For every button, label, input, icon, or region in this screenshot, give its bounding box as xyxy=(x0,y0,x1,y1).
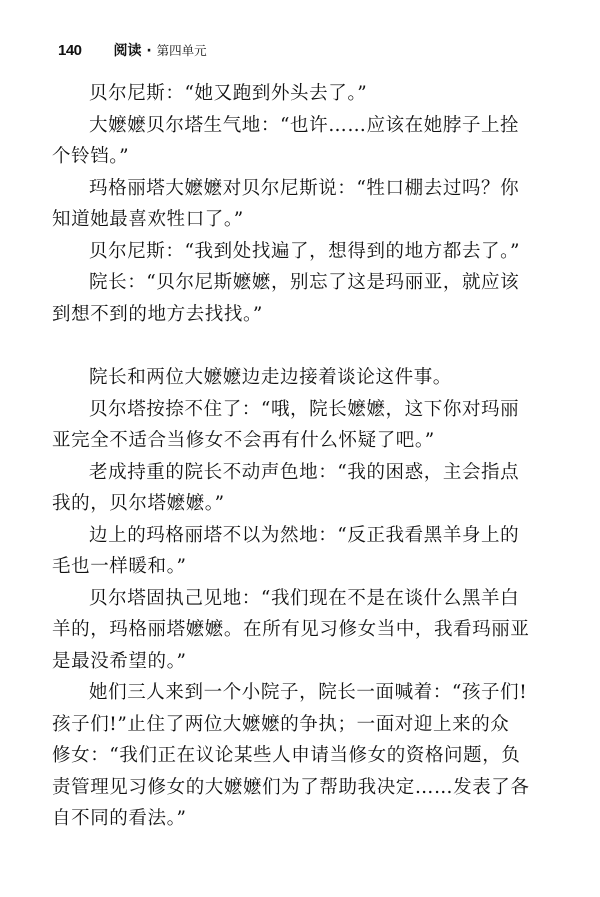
paragraph-line: 是最没希望的。” xyxy=(52,648,564,676)
paragraph-first-line: 院长和两位大嬷嬷边走边接着谈论这件事。 xyxy=(89,364,564,392)
paragraph-first-line: 贝尔塔固执己见地：“我们现在不是在谈什么黑羊白 xyxy=(89,585,564,613)
paragraph-first-line: 贝尔塔按捺不住了：“哦，院长嬷嬷，这下你对玛丽 xyxy=(89,396,564,424)
paragraph-line: 到想不到的地方去找找。” xyxy=(52,301,564,329)
paragraph-first-line: 院长：“贝尔尼斯嬷嬷，别忘了这是玛丽亚，就应该 xyxy=(89,269,564,297)
paragraph-line: 修女：“我们正在议论某些人申请当修女的资格问题，负 xyxy=(52,742,564,770)
paragraph-first-line: 贝尔尼斯：“我到处找遍了，想得到的地方都去了。” xyxy=(89,238,564,266)
running-head: 阅读 · 第四单元 xyxy=(114,40,207,60)
paragraph-line: 自不同的看法。” xyxy=(52,805,564,833)
paragraph-line: 孩子们!”止住了两位大嬷嬷的争执；一面对迎上来的众 xyxy=(52,711,564,739)
paragraph-first-line: 大嬷嬷贝尔塔生气地：“也许……应该在她脖子上拴 xyxy=(89,112,564,140)
paragraph-line: 个铃铛。” xyxy=(52,143,564,171)
section-title: 阅读 xyxy=(114,43,142,59)
paragraph-line: 毛也一样暖和。” xyxy=(52,553,564,581)
separator-dot: · xyxy=(142,43,157,59)
paragraph-first-line: 玛格丽塔大嬷嬷对贝尔尼斯说：“牲口棚去过吗？你 xyxy=(89,175,564,203)
paragraph-first-line: 老成持重的院长不动声色地：“我的困惑，主会指点 xyxy=(89,459,564,487)
paragraph-first-line: 边上的玛格丽塔不以为然地：“反正我看黑羊身上的 xyxy=(89,522,564,550)
page-number: 140 xyxy=(58,42,82,59)
paragraph-line: 知道她最喜欢牲口了。” xyxy=(52,206,564,234)
unit-title: 第四单元 xyxy=(157,43,207,58)
paragraph-line: 羊的，玛格丽塔嬷嬷。在所有见习修女当中，我看玛丽亚 xyxy=(52,616,564,644)
paragraph-first-line: 她们三人来到一个小院子，院长一面喊着：“孩子们! xyxy=(89,679,564,707)
paragraph-line: 亚完全不适合当修女不会再有什么怀疑了吧。” xyxy=(52,427,564,455)
paragraph-line: 我的，贝尔塔嬷嬷。” xyxy=(52,490,564,518)
paragraph-line: 责管理见习修女的大嬷嬷们为了帮助我决定……发表了各 xyxy=(52,774,564,802)
page-header: 140 阅读 · 第四单元 xyxy=(58,40,207,64)
paragraph-first-line: 贝尔尼斯：“她又跑到外头去了。” xyxy=(89,80,564,108)
